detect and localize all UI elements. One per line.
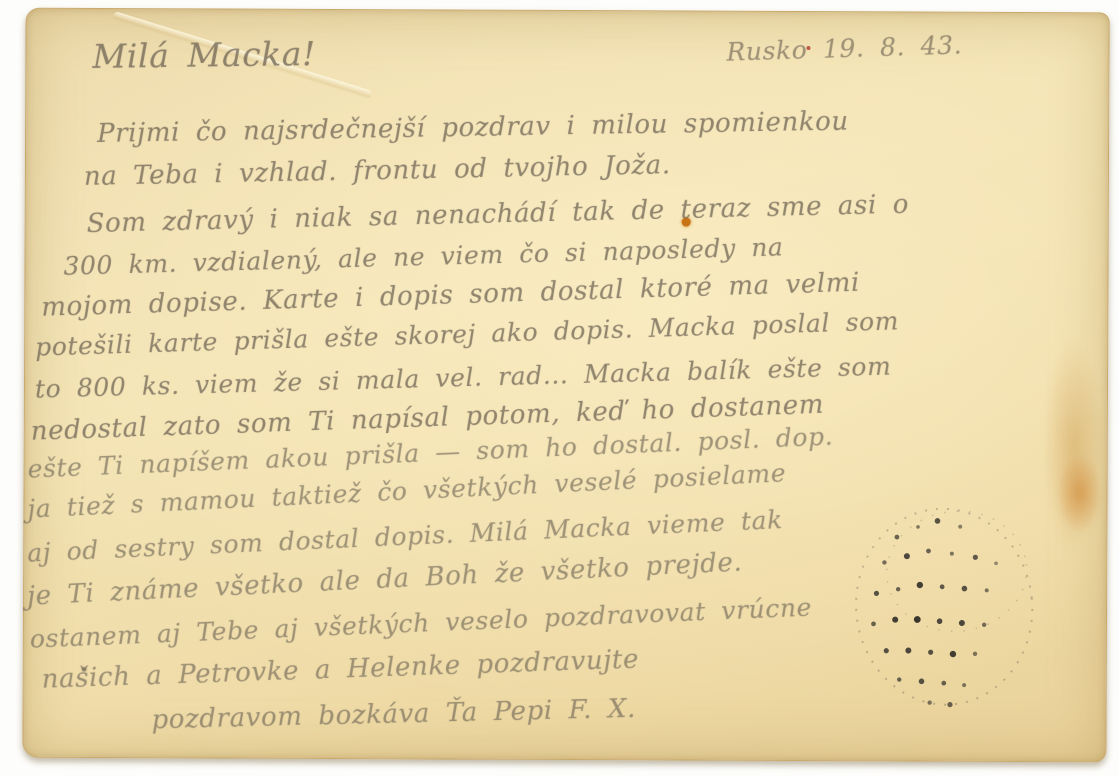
edge-stain-small xyxy=(1056,453,1102,533)
handwriting-line: Som zdravý i niak sa nenachádí tak de te… xyxy=(86,190,909,239)
scanned-postcard: Milá Macka! Rusko 19. 8. 43. Prijmi čo n… xyxy=(0,0,1119,776)
handwriting-line: na Teba i vzhlad. frontu od tvojho Joža. xyxy=(84,150,671,192)
postcard-paper: Milá Macka! Rusko 19. 8. 43. Prijmi čo n… xyxy=(22,8,1109,763)
handwriting-line: pozdravom bozkáva Ťa Pepi F. X. xyxy=(151,694,636,735)
postmark-stamp-icon xyxy=(831,485,1057,726)
handwriting-line: našich a Petrovke a Helenke pozdravujte xyxy=(41,644,639,694)
dateline: Rusko 19. 8. 43. xyxy=(726,31,963,67)
salutation: Milá Macka! xyxy=(92,34,316,76)
handwriting-line: Prijmi čo najsrdečnejší pozdrav i milou … xyxy=(97,106,849,148)
